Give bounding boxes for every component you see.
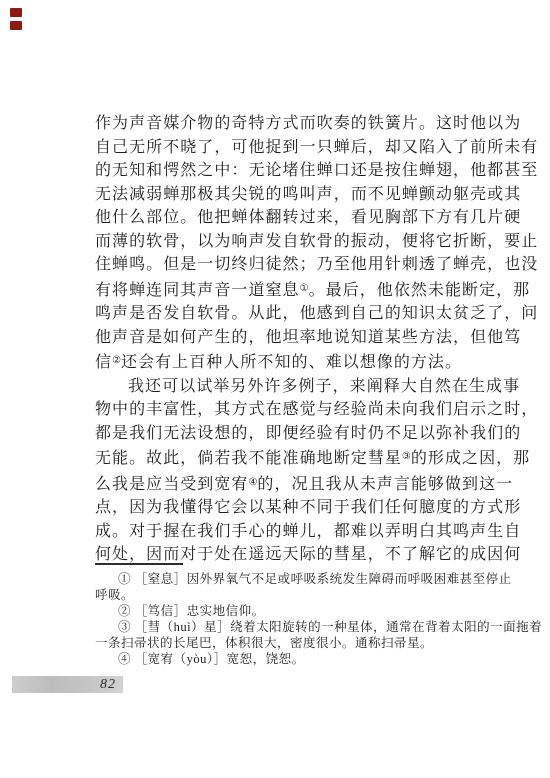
body-text-line: 自己无所不晓了，可他捉到一只蝉后，却又陷入了前所未有 (95, 136, 525, 160)
body-text-line: 作为声音媒介物的奇特方式而吹奏的铁簧片。这时他以为 (95, 112, 525, 136)
body-text-line: 么我是应当受到宽宥④的，况且我从未声言能够做到这一 (95, 471, 525, 497)
body-text-line: 他什么部位。他把蝉体翻转过来，看见胸部下方有几片硬 (95, 206, 525, 230)
body-text-line: 物中的丰富性，其方式在感觉与经验尚未向我们启示之时， (95, 398, 525, 422)
body-text-line: 成。对于握在我们手心的蝉儿，都难以弄明白其鸣声生自 (95, 520, 525, 544)
body-text-line: 的无知和愕然之中：无论堵住蝉口还是按住蝉翅，他都甚至 (95, 159, 525, 183)
body-text-line: 鸣声是否发自软骨。从此，他感到自己的知识太贫乏了，问 (95, 302, 525, 326)
page-number-band: 82 (12, 676, 123, 693)
body-text-line: 他声音是如何产生的，他坦率地说知道某些方法，但他笃 (95, 326, 525, 350)
body-text-line: 住蝉鸣。但是一切终归徒然；乃至他用针刺透了蝉壳，也没 (95, 253, 525, 277)
footnote-block: ① ［窒息］因外界氧气不足或呼吸系统发生障碍而呼吸困难甚至停止 呼吸。 ② ［笃… (95, 571, 530, 668)
footnote-line: 一条扫帚状的长尾巴，体积很大，密度很小。通称扫帚星。 (95, 635, 530, 651)
body-text-line: 而薄的软骨，以为响声发自软骨的振动，便将它折断，要止 (95, 230, 525, 254)
registration-mark-icon (10, 21, 22, 30)
registration-mark-icon (10, 8, 22, 17)
footnote-line: ① ［窒息］因外界氧气不足或呼吸系统发生障碍而呼吸困难甚至停止 (95, 571, 530, 587)
footnote-line: ② ［笃信］忠实地信仰。 (95, 603, 530, 619)
body-text-line: 都是我们无法设想的，即便经验有时仍不足以弥补我们的 (95, 422, 525, 446)
scanned-book-page: { "document": { "print_mark_color": "#8e… (0, 0, 550, 778)
footnote-line: 呼吸。 (95, 587, 530, 603)
footnote-line: ③ ［彗（huì）星］绕着太阳旋转的一种星体，通常在背着太阳的一面拖着 (95, 619, 530, 635)
footnote-separator (95, 563, 183, 565)
page-number: 82 (12, 676, 123, 693)
body-text-line: 有将蝉连同其声音一道窒息①。最后，他依然未能断定，那 (95, 277, 525, 303)
body-text-line-paragraph-start: 我还可以试举另外许多例子，来阐释大自然在生成事 (95, 375, 525, 399)
body-text-line: 无能。故此，倘若我不能准确地断定彗星③的形成之因，那 (95, 445, 525, 471)
footnote-line: ④ ［宽宥（yòu）］宽恕，饶恕。 (95, 651, 530, 667)
body-text-block: 作为声音媒介物的奇特方式而吹奏的铁簧片。这时他以为 自己无所不晓了，可他捉到一只… (95, 112, 525, 567)
body-text-line: 信②还会有上百种人所不知的、难以想像的方法。 (95, 349, 525, 375)
body-text-line: 点，因为我懂得它会以某种不同于我们任何臆度的方式形 (95, 496, 525, 520)
body-text-line: 无法减弱蝉那极其尖锐的鸣叫声，而不见蝉颤动躯壳或其 (95, 183, 525, 207)
